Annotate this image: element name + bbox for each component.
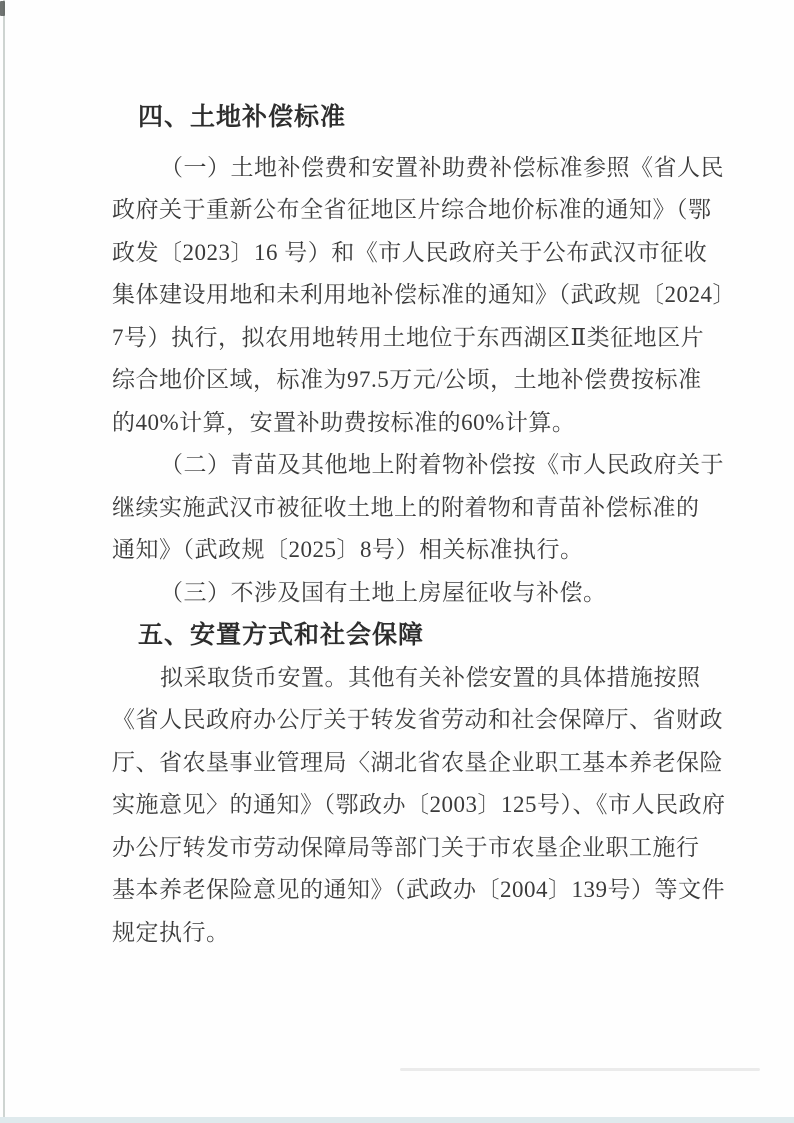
scan-artifact-smudge-line <box>400 1068 760 1071</box>
doc-line: 规定执行。 <box>112 912 702 955</box>
doc-line: 拟采取货币安置。其他有关补偿安置的具体措施按照 <box>112 657 702 700</box>
doc-line: 政府关于重新公布全省征地区片综合地价标准的通知》（鄂 <box>112 189 702 232</box>
section-heading-5: 五、安置方式和社会保障 <box>138 614 702 657</box>
doc-line: 7号）执行，拟农用地转用土地位于东西湖区Ⅱ类征地区片 <box>112 317 702 360</box>
scan-artifact-top-left-mark <box>0 1 5 16</box>
doc-line: 的40%计算，安置补助费按标准的60%计算。 <box>112 402 702 445</box>
doc-line: 政发〔2023〕16 号）和《市人民政府关于公布武汉市征收 <box>112 232 702 275</box>
doc-line: 集体建设用地和未利用地补偿标准的通知》（武政规〔2024〕 <box>112 274 702 317</box>
doc-line: 通知》（武政规〔2025〕8号）相关标准执行。 <box>112 529 702 572</box>
doc-line: 厅、省农垦事业管理局〈湖北省农垦企业职工基本养老保险 <box>112 742 702 785</box>
doc-line: （二）青苗及其他地上附着物补偿按《市人民政府关于 <box>112 444 702 487</box>
doc-line: 基本养老保险意见的通知》（武政办〔2004〕139号）等文件 <box>112 869 702 912</box>
scan-artifact-bottom-edge <box>0 1117 794 1123</box>
scan-artifact-left-edge-line <box>3 0 5 1123</box>
doc-line: 综合地价区域，标准为97.5万元/公顷，土地补偿费按标准 <box>112 359 702 402</box>
doc-line: （一）土地补偿费和安置补助费补偿标准参照《省人民 <box>112 147 702 190</box>
doc-line: 继续实施武汉市被征收土地上的附着物和青苗补偿标准的 <box>112 487 702 530</box>
section-heading-4: 四、土地补偿标准 <box>138 96 702 139</box>
doc-line: 办公厅转发市劳动保障局等部门关于市农垦企业职工施行 <box>112 827 702 870</box>
doc-line: 《省人民政府办公厅关于转发省劳动和社会保障厅、省财政 <box>112 699 702 742</box>
scanned-document-page: 四、土地补偿标准 （一）土地补偿费和安置补助费补偿标准参照《省人民 政府关于重新… <box>0 0 794 1123</box>
document-text-column: 四、土地补偿标准 （一）土地补偿费和安置补助费补偿标准参照《省人民 政府关于重新… <box>112 96 702 954</box>
doc-line: 实施意见〉的通知》（鄂政办〔2003〕125号）、《市人民政府 <box>112 784 702 827</box>
doc-line: （三）不涉及国有土地上房屋征收与补偿。 <box>112 572 702 615</box>
